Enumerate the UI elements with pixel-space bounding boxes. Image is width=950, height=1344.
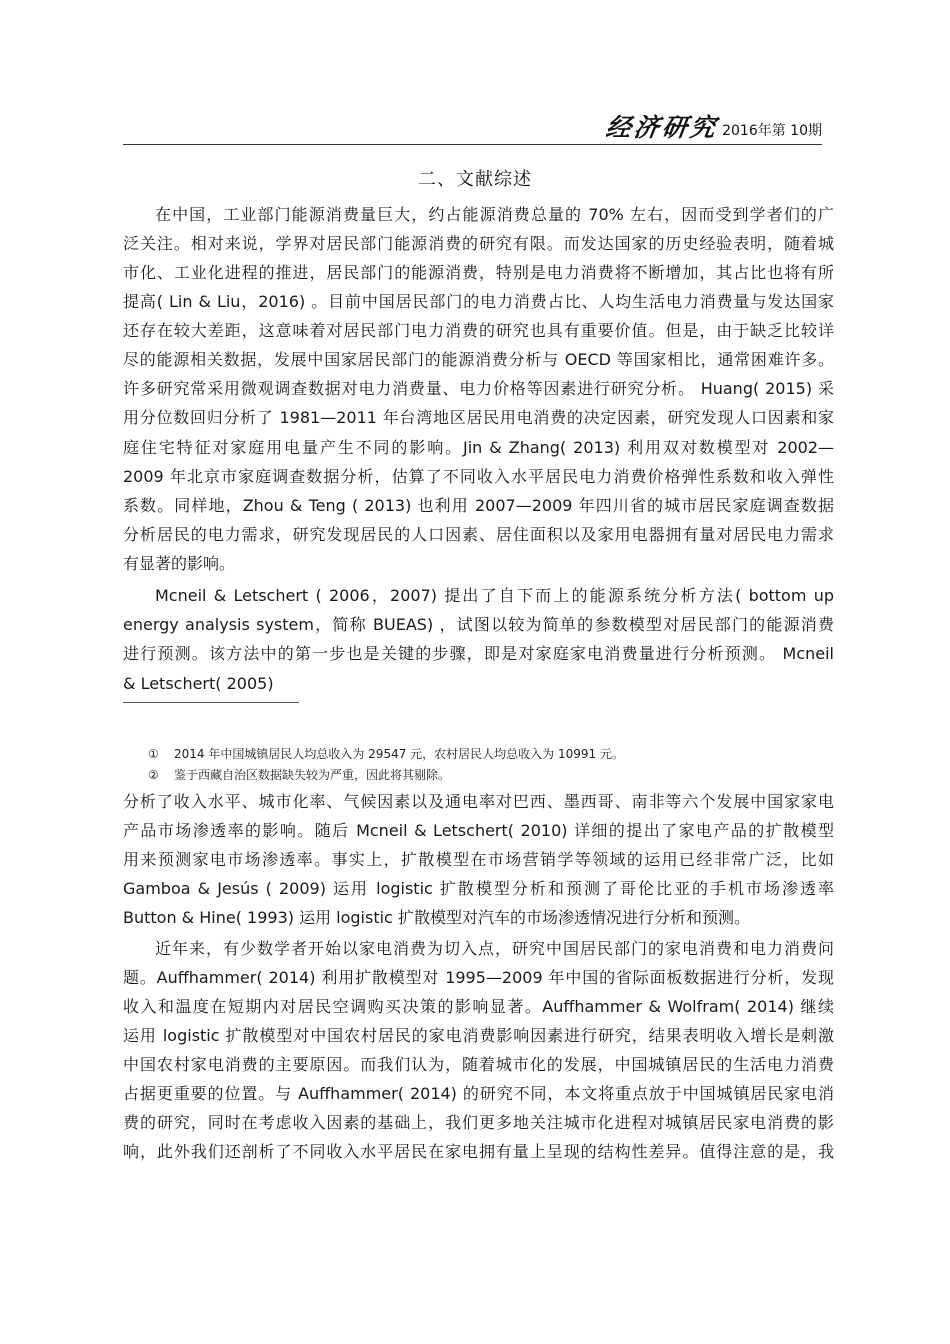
body-line: Mcneil & Letschert ( 2006，2007) 提出了自下而上的… [155,586,834,606]
footnote-separator [123,702,299,703]
body-line: 系数。同样地，Zhou & Teng ( 2013) 也利用 2007—2009… [123,496,834,516]
body-line: 收入和温度在短期内对居民空调购买决策的影响显著。Auffhammer & Wol… [123,997,834,1017]
body-line: 提高( Lin & Liu，2016) 。目前中国居民部门的电力消费占比、人均生… [123,292,834,312]
body-line: 有显著的影响。 [123,554,834,574]
section-heading: 二、文献综述 [0,165,950,191]
journal-masthead: 经济研究 2016年第 10期 [606,114,822,142]
body-line: 庭住宅特征对家庭用电量产生不同的影响。Jin & Zhang( 2013) 利用… [123,438,834,458]
body-line: 分析居民的电力需求，研究发现居民的人口因素、居住面积以及家用电器拥有量对居民电力… [123,525,834,545]
body-line: 题。Auffhammer( 2014) 利用扩散模型对 1995—2009 年中… [123,968,834,988]
body-line: 运用 logistic 扩散模型对中国农村居民的家电消费影响因素进行研究，结果表… [123,1026,834,1046]
footnote-text: 2014 年中国城镇居民人均总收入为 29547 元，农村居民人均总收入为 10… [174,747,624,761]
body-line: 响，此外我们还剖析了不同收入水平居民在家电拥有量上呈现的结构性差异。值得注意的是… [123,1142,834,1162]
journal-logo: 经济研究 [604,114,720,142]
footnote-text: 鉴于西藏自治区数据缺失较为严重，因此将其剔除。 [174,768,450,782]
body-line: 占据更重要的位置。与 Auffhammer( 2014) 的研究不同，本文将重点… [123,1084,834,1104]
body-line: 分析了收入水平、城市化率、气候因素以及通电率对巴西、墨西哥、南非等六个发展中国家… [123,792,834,812]
running-header: 经济研究 2016年第 10期 [123,112,822,145]
footnote-marker: ① [148,746,174,762]
body-line: 用分位数回归分析了 1981—2011 年台湾地区居民用电消费的决定因素，研究发… [123,408,834,428]
journal-issue: 2016年第 10期 [722,120,822,142]
body-line: 市化、工业化进程的推进，居民部门的能源消费，特别是电力消费将不断增加，其占比也将… [123,263,834,283]
body-line: energy analysis system，简称 BUEAS) ，试图以较为简… [123,615,834,635]
body-line: & Letschert( 2005) [123,674,834,694]
body-line: 在中国，工业部门能源消费量巨大，约占能源消费总量的 70% 左右，因而受到学者们… [155,205,834,225]
body-line: 许多研究常采用微观调查数据对电力消费量、电力价格等因素进行研究分析。 Huang… [123,379,834,399]
footnote-1: ①2014 年中国城镇居民人均总收入为 29547 元，农村居民人均总收入为 1… [148,746,624,762]
body-line: Button & Hine( 1993) 运用 logistic 扩散模型对汽车… [123,908,834,928]
footnote-marker: ② [148,767,174,783]
body-line: 尽的能源相关数据，发展中国家居民部门的能源消费分析与 OECD 等国家相比，通常… [123,350,834,370]
body-line: 2009 年北京市家庭调查数据分析，估算了不同收入水平居民电力消费价格弹性系数和… [123,467,834,487]
body-line: 费的研究，同时在考虑收入因素的基础上，我们更多地关注城市化进程对城镇居民家电消费… [123,1113,834,1133]
body-line: 进行预测。该方法中的第一步也是关键的步骤，即是对家庭家电消费量进行分析预测。 M… [123,644,834,664]
body-line: 产品市场渗透率的影响。随后 Mcneil & Letschert( 2010) … [123,821,834,841]
body-line: 中国农村家电消费的主要原因。而我们认为，随着城市化的发展，中国城镇居民的生活电力… [123,1055,834,1075]
body-line: 用来预测家电市场渗透率。事实上，扩散模型在市场营销学等领域的运用已经非常广泛，比… [123,850,834,870]
body-line: Gamboa & Jesús ( 2009) 运用 logistic 扩散模型分… [123,879,834,899]
body-line: 还存在较大差距，这意味着对居民部门电力消费的研究也具有重要价值。但是，由于缺乏比… [123,321,834,341]
body-line: 近年来，有少数学者开始以家电消费为切入点，研究中国居民部门的家电消费和电力消费问 [155,939,834,959]
footnote-2: ②鉴于西藏自治区数据缺失较为严重，因此将其剔除。 [148,767,450,783]
body-line: 泛关注。相对来说，学界对居民部门能源消费的研究有限。而发达国家的历史经验表明，随… [123,234,834,254]
